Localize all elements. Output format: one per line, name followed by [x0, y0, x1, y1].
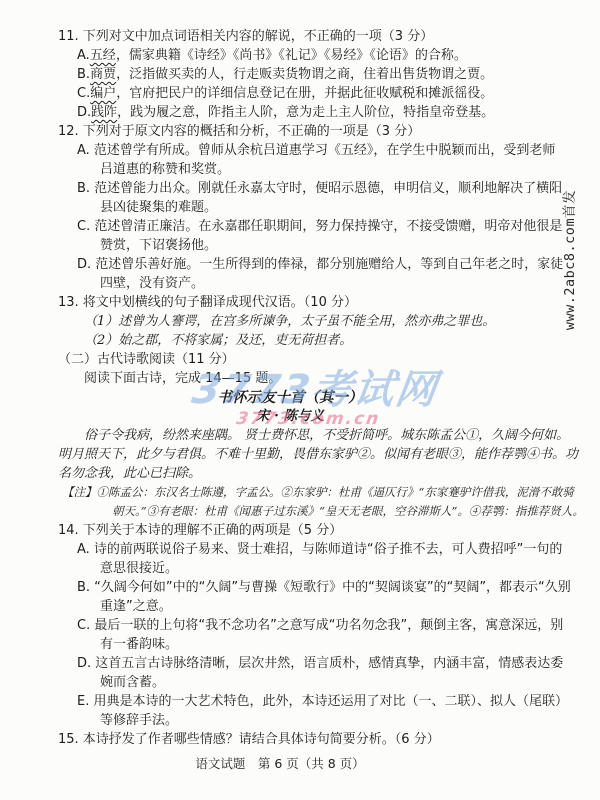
option-text: ，践为履之意，阼指主人阶，意为走上主人阶位，特指皇帝登基。	[117, 105, 494, 120]
question-14-option-c-line1: C. 最后一联的上句将“我不念功名”之意写成“功名勿念我”，颠倒主客，寓意深远，…	[0, 616, 600, 635]
glossed-term: 践阼	[91, 105, 117, 120]
question-12-option-d-line1: D. 范述曾乐善好施。一生所得到的俸禄，都分别施赠给人，等到自己年老之时，家徒	[0, 255, 600, 274]
poem-line-3: 名勿念我，此心已扫除。	[0, 464, 600, 483]
question-14-option-d-line2: 婉而含蓄。	[0, 673, 600, 692]
option-label: C.	[77, 86, 90, 101]
exam-content: 11. 下列对文中加点词语相关内容的解说，不正确的一项（3 分） A.五经，儒家…	[0, 27, 600, 773]
question-12-option-c-line1: C. 范述曾清正廉洁。在永嘉郡任职期间，努力保持操守，不接受馈赠，明帝对他很是	[0, 217, 600, 236]
glossed-term: 五经	[90, 48, 116, 63]
question-12-option-b-line1: B. 范述曾能力出众。刚就任永嘉太守时，便昭示恩德，申明信义，顺利地解决了横阳	[0, 179, 600, 198]
option-text: ，泛指做买卖的人，行走贩卖货物谓之商，住着出售货物谓之贾。	[116, 67, 493, 82]
question-11-option-a: A.五经，儒家典籍《诗经》《尚书》《礼记》《易经》《论语》的合称。	[0, 46, 600, 65]
question-12-stem: 12. 下列对于原文内容的概括和分析，不正确的一项是（3 分）	[0, 122, 600, 141]
question-12-option-c-line2: 赞赏，下诏褒扬他。	[0, 236, 600, 255]
question-13-sentence-1: （1）述曾为人謇谔，在宫多所谏争，太子虽不能全用，然亦弗之罪也。	[0, 312, 600, 331]
question-13-stem: 13. 将文中划横线的句子翻译成现代汉语。（10 分）	[0, 293, 600, 312]
option-label: D.	[77, 105, 91, 120]
question-13-sentence-2: （2）始之郡，不将家属；及还，吏无荷担者。	[0, 331, 600, 350]
question-11-option-c: C.编户，官府把民户的详细信息登记在册，并据此征收赋税和摊派徭役。	[0, 84, 600, 103]
question-14-option-c-line2: 有一番韵味。	[0, 635, 600, 654]
question-12-option-a-line2: 吕道惠的称赞和奖赏。	[0, 160, 600, 179]
option-text: ，儒家典籍《诗经》《尚书》《礼记》《易经》《论语》的合称。	[116, 48, 467, 63]
question-14-option-e-line2: 等修辞手法。	[0, 711, 600, 730]
glossed-term: 商贾	[90, 67, 116, 82]
poem-line-1: 俗子令我病，纷然来座隅。 贤士费怀思，不受折简呼。城东陈孟公①，久阔今何如。	[0, 426, 600, 445]
question-14-option-d-line1: D. 这首五言古诗脉络清晰，层次井然，语言质朴，感情真挚，内涵丰富，情感表达委	[0, 654, 600, 673]
option-text: ，官府把民户的详细信息登记在册，并据此征收赋税和摊派徭役。	[116, 86, 493, 101]
question-11-stem: 11. 下列对文中加点词语相关内容的解说，不正确的一项（3 分）	[0, 27, 600, 46]
question-14-option-b-line1: B. “久阔今何如”中的“久阔”与曹操《短歌行》中的“契阔谈宴”的“契阔”，都表…	[0, 578, 600, 597]
poem-note-line-2: 朝天。”③有老眼：杜甫《闻惠子过东溪》“皇天无老眼，空谷滞斯人”。④荐鹗：指推荐…	[0, 502, 600, 521]
question-12-option-b-line2: 县凶徒聚集的难题。	[0, 198, 600, 217]
section-2-heading: （二）古代诗歌阅读（11 分）	[0, 350, 600, 369]
section-2-intro: 阅读下面古诗，完成 14—15 题。	[0, 369, 600, 388]
question-11-option-d: D.践阼，践为履之意，阼指主人阶，意为走上主人阶位，特指皇帝登基。	[0, 103, 600, 122]
glossed-term: 编户	[90, 86, 116, 101]
page-footer: 语文试题 第 6 页（共 8 页）	[0, 754, 600, 773]
poem-line-2: 明月照天下，此夕与君俱。不难十里勤，畏借东家驴②。似闻有老眼③，能作荐鹗④书。功	[0, 445, 600, 464]
question-14-option-a-line2: 意思很接近。	[0, 559, 600, 578]
question-14-option-e-line1: E. 用典是本诗的一大艺术特色，此外，本诗还运用了对比（一、二联）、拟人（尾联）	[0, 692, 600, 711]
question-11-option-b: B.商贾，泛指做买卖的人，行走贩卖货物谓之商，住着出售货物谓之贾。	[0, 65, 600, 84]
poem-author: 宋 · 陈与义	[0, 407, 600, 426]
question-12-option-d-line2: 四壁，没有资产。	[0, 274, 600, 293]
poem-note-line-1: 【注】①陈孟公：东汉名士陈遵，字孟公。②东家驴：杜甫《逼仄行》“东家蹇驴许借我，…	[0, 483, 600, 502]
question-15-stem: 15. 本诗抒发了作者哪些情感？请结合具体诗句简要分析。（6 分）	[0, 730, 600, 749]
option-label: B.	[77, 67, 90, 82]
question-14-option-b-line2: 重逢”之意。	[0, 597, 600, 616]
option-label: A.	[77, 48, 90, 63]
question-14-option-a-line1: A. 诗的前两联说俗子易来、贤士难招，与陈师道诗“俗子推不去，可人费招呼”一句的	[0, 540, 600, 559]
exam-page: 3773考试网 3773.com.cn www.2abc8.com首发 11. …	[0, 0, 600, 800]
poem-title: 书怀示友十首（其一）	[0, 388, 600, 407]
question-14-stem: 14. 下列关于本诗的理解不正确的两项是（5 分）	[0, 521, 600, 540]
side-source-watermark: www.2abc8.com首发	[558, 170, 578, 350]
question-12-option-a-line1: A. 范述曾学有所成。曾师从余杭吕道惠学习《五经》，在学生中脱颖而出，受到老师	[0, 141, 600, 160]
